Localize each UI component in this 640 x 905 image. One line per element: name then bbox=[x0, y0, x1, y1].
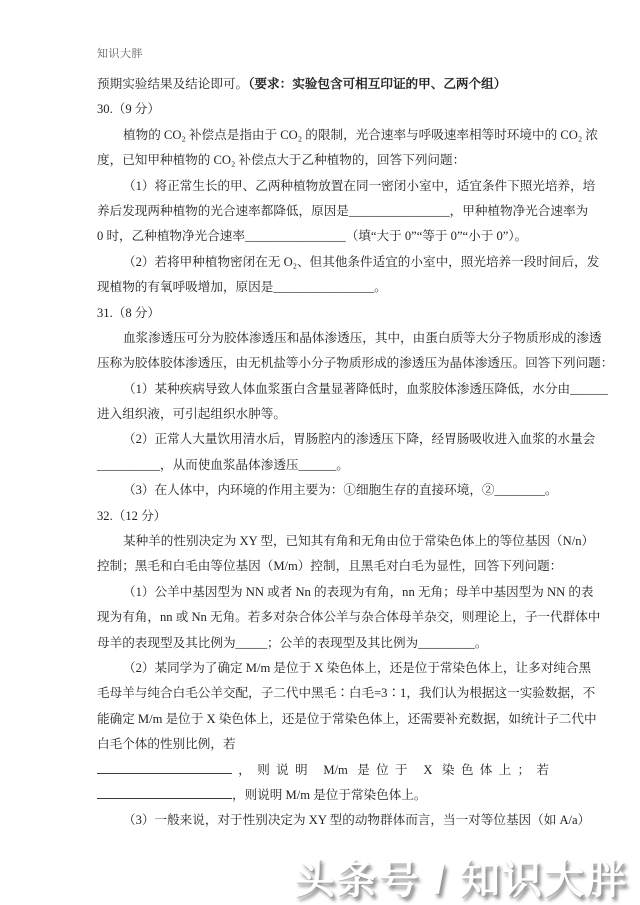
text-line: 白毛个体的性别比例，若 bbox=[97, 732, 549, 757]
text-line: （1）公羊中基因型为 NN 或者 Nn 的表现为有角，nn 无角；母羊中基因型为… bbox=[97, 580, 549, 605]
text-line: ，则说明 M/m 是位于 X 染色体上；若 bbox=[97, 758, 549, 783]
text-run: （1）某种疾病导致人体血浆蛋白含量显著降低时，血浆胶体渗透压降低，水分由____… bbox=[123, 382, 608, 396]
text-run: 31.（8 分） bbox=[97, 306, 160, 320]
text-run: 度，已知甲种植物的 CO₂ 补偿点大于乙种植物的，回答下列问题： bbox=[97, 153, 465, 167]
text-line: 母羊的表现型及其比例为_____；公羊的表现型及其比例为_________。 bbox=[97, 631, 549, 656]
blank-underline bbox=[97, 786, 232, 799]
text-line: 植物的 CO₂ 补偿点是指由于 CO₂ 的限制，光合速率与呼吸速率相等时环境中的… bbox=[97, 123, 549, 148]
text-line: （2）正常人大量饮用清水后，胃肠腔内的渗透压下降，经胃肠吸收进入血浆的水量会 bbox=[97, 427, 549, 452]
text-line: __________，从而使血浆晶体渗透压______。 bbox=[97, 453, 549, 478]
text-line: 压称为胶体胶体渗透压，由无机盐等小分子物质形成的渗透压为晶体渗透压。回答下列问题… bbox=[97, 351, 549, 376]
text-run: 进入组织液，可引起组织水肿等。 bbox=[97, 407, 286, 421]
text-run: （1）公羊中基因型为 NN 或者 Nn 的表现为有角，nn 无角；母羊中基因型为… bbox=[123, 585, 594, 599]
text-run: （2）某同学为了确定 M/m 是位于 X 染色体上，还是位于常染色体上，让多对纯… bbox=[123, 661, 591, 675]
text-line: 现植物的有氧呼吸增加，原因是________________。 bbox=[97, 275, 549, 300]
text-run: __________，从而使血浆晶体渗透压______。 bbox=[97, 458, 349, 472]
text-run: （3）一般来说，对于性别决定为 XY 型的动物群体而言，当一对等位基因（如 A/… bbox=[123, 813, 590, 827]
text-run: 32.（12 分） bbox=[97, 509, 166, 523]
text-run: （要求：实验包含可相互印证的甲、乙两个组） bbox=[248, 77, 506, 91]
text-line: 30.（9 分） bbox=[97, 97, 549, 122]
text-line: （1）某种疾病导致人体血浆蛋白含量显著降低时，血浆胶体渗透压降低，水分由____… bbox=[97, 377, 549, 402]
text-line: 0 时，乙种植物净光合速率________________（填“大于 0”“等于… bbox=[97, 224, 549, 249]
blank-underline bbox=[97, 761, 232, 774]
text-run: 现植物的有氧呼吸增加，原因是________________。 bbox=[97, 280, 387, 294]
text-run: 白毛个体的性别比例，若 bbox=[97, 737, 236, 751]
text-run: 预期实验结果及结论即可。 bbox=[97, 77, 248, 91]
text-run: 植物的 CO₂ 补偿点是指由于 CO₂ 的限制，光合速率与呼吸速率相等时环境中的… bbox=[123, 128, 598, 142]
text-run: 血浆渗透压可分为胶体渗透压和晶体渗透压，其中，由蛋白质等大分子物质形成的渗透 bbox=[123, 331, 602, 345]
text-line: （3）在人体中，内环境的作用主要为：①细胞生存的直接环境，②________。 bbox=[97, 478, 549, 503]
text-run: 养后发现两种植物的光合速率都降低，原因是________________，甲种植… bbox=[97, 204, 588, 218]
header-watermark: 知识大胖 bbox=[97, 45, 143, 61]
text-line: 进入组织液，可引起组织水肿等。 bbox=[97, 402, 549, 427]
text-run: 某种羊的性别决定为 XY 型，已知其有角和无角由位于常染色体上的等位基因（N/n… bbox=[123, 534, 594, 548]
text-run: （2）正常人大量饮用清水后，胃肠腔内的渗透压下降，经胃肠吸收进入血浆的水量会 bbox=[123, 432, 595, 446]
text-line: 毛母羊与纯合白毛公羊交配，子二代中黑毛∶白毛=3∶1，我们认为根据这一实验数据，… bbox=[97, 681, 549, 706]
text-run: 能确定 M/m 是位于 X 染色体上，还是位于常染色体上，还需要补充数据，如统计… bbox=[97, 712, 597, 726]
text-line: 能确定 M/m 是位于 X 染色体上，还是位于常染色体上，还需要补充数据，如统计… bbox=[97, 707, 549, 732]
text-line: （3）一般来说，对于性别决定为 XY 型的动物群体而言，当一对等位基因（如 A/… bbox=[97, 808, 549, 833]
text-run: 30.（9 分） bbox=[97, 102, 160, 116]
text-line: ，则说明 M/m 是位于常染色体上。 bbox=[97, 783, 549, 808]
text-run: 毛母羊与纯合白毛公羊交配，子二代中黑毛∶白毛=3∶1，我们认为根据这一实验数据，… bbox=[97, 686, 595, 700]
text-run: ，则说明 M/m 是位于常染色体上。 bbox=[232, 788, 427, 802]
text-line: 现为有角，nn 或 Nn 无角。若多对杂合体公羊与杂合体母羊杂交，则理论上，子一… bbox=[97, 605, 549, 630]
text-line: （2）若将甲种植物密闭在无 O₂、但其他条件适宜的小室中，照光培养一段时间后，发 bbox=[97, 250, 549, 275]
text-run: ，则说明 M/m 是位于 X 染色体上；若 bbox=[232, 763, 549, 777]
text-run: 现为有角，nn 或 Nn 无角。若多对杂合体公羊与杂合体母羊杂交，则理论上，子一… bbox=[97, 610, 600, 624]
document-page: 知识大胖 预期实验结果及结论即可。（要求：实验包含可相互印证的甲、乙两个组）30… bbox=[0, 0, 640, 905]
text-run: （1）将正常生长的甲、乙两种植物放置在同一密闭小室中，适宜条件下照光培养，培 bbox=[123, 179, 595, 193]
text-line: （2）某同学为了确定 M/m 是位于 X 染色体上，还是位于常染色体上，让多对纯… bbox=[97, 656, 549, 681]
text-line: 32.（12 分） bbox=[97, 504, 549, 529]
footer-watermark: 头条号 / 知识大胖 bbox=[295, 848, 628, 905]
text-line: 度，已知甲种植物的 CO₂ 补偿点大于乙种植物的，回答下列问题： bbox=[97, 148, 549, 173]
text-line: 预期实验结果及结论即可。（要求：实验包含可相互印证的甲、乙两个组） bbox=[97, 72, 549, 97]
document-lines: 预期实验结果及结论即可。（要求：实验包含可相互印证的甲、乙两个组）30.（9 分… bbox=[97, 72, 549, 834]
text-run: 压称为胶体胶体渗透压，由无机盐等小分子物质形成的渗透压为晶体渗透压。回答下列问题… bbox=[97, 356, 613, 370]
text-run: （2）若将甲种植物密闭在无 O₂、但其他条件适宜的小室中，照光培养一段时间后，发 bbox=[123, 255, 599, 269]
text-line: 控制；黑毛和白毛由等位基因（M/m）控制，且黑毛对白毛为显性，回答下列问题： bbox=[97, 554, 549, 579]
text-line: 31.（8 分） bbox=[97, 301, 549, 326]
text-run: （3）在人体中，内环境的作用主要为：①细胞生存的直接环境，②________。 bbox=[123, 483, 557, 497]
text-run: 控制；黑毛和白毛由等位基因（M/m）控制，且黑毛对白毛为显性，回答下列问题： bbox=[97, 559, 562, 573]
text-run: 0 时，乙种植物净光合速率________________（填“大于 0”“等于… bbox=[97, 229, 527, 243]
text-line: 养后发现两种植物的光合速率都降低，原因是________________，甲种植… bbox=[97, 199, 549, 224]
text-line: （1）将正常生长的甲、乙两种植物放置在同一密闭小室中，适宜条件下照光培养，培 bbox=[97, 174, 549, 199]
text-line: 某种羊的性别决定为 XY 型，已知其有角和无角由位于常染色体上的等位基因（N/n… bbox=[97, 529, 549, 554]
text-run: 母羊的表现型及其比例为_____；公羊的表现型及其比例为_________。 bbox=[97, 636, 487, 650]
text-line: 血浆渗透压可分为胶体渗透压和晶体渗透压，其中，由蛋白质等大分子物质形成的渗透 bbox=[97, 326, 549, 351]
